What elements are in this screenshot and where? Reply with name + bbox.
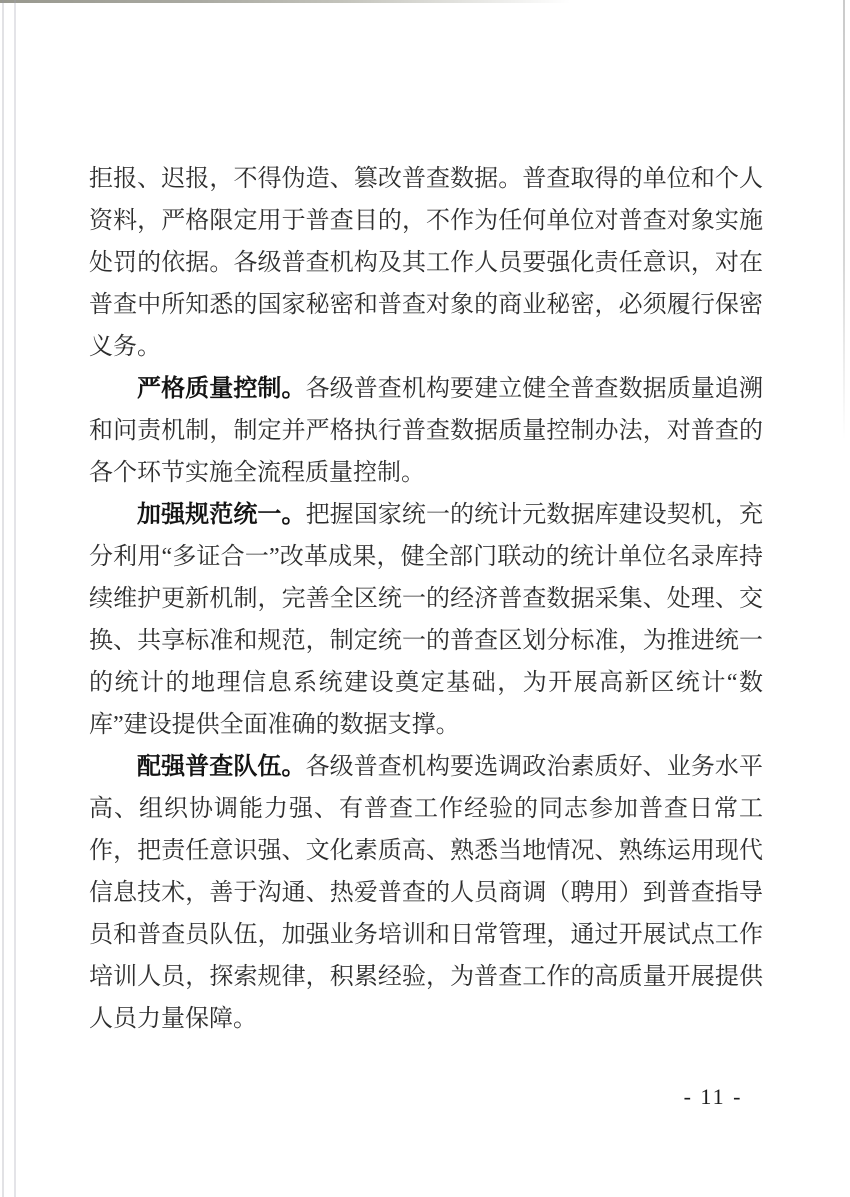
scan-artifact-right-line <box>843 0 845 440</box>
scan-artifact-top-edge <box>0 0 570 3</box>
paragraph-text: 各级普查机构要选调政治素质好、业务水平高、组织协调能力强、有普查工作经验的同志参… <box>89 754 763 1032</box>
scan-artifact-left-inner-line <box>14 0 16 1197</box>
paragraph-lead: 加强规范统一。 <box>137 502 306 528</box>
paragraph-lead: 严格质量控制。 <box>137 376 306 402</box>
paragraph-continuation: 拒报、迟报，不得伪造、篡改普查数据。普查取得的单位和个人资料，严格限定用于普查目… <box>89 158 763 368</box>
document-body: 拒报、迟报，不得伪造、篡改普查数据。普查取得的单位和个人资料，严格限定用于普查目… <box>89 158 763 1040</box>
paragraph-lead: 配强普查队伍。 <box>137 754 306 780</box>
paragraph-standardization: 加强规范统一。把握国家统一的统计元数据库建设契机，充分利用“多证合一”改革成果，… <box>89 494 763 746</box>
paragraph-census-team: 配强普查队伍。各级普查机构要选调政治素质好、业务水平高、组织协调能力强、有普查工… <box>89 746 763 1040</box>
paragraph-quality-control: 严格质量控制。各级普查机构要建立健全普查数据质量追溯和问责机制，制定并严格执行普… <box>89 368 763 494</box>
scanned-document-page: 拒报、迟报，不得伪造、篡改普查数据。普查取得的单位和个人资料，严格限定用于普查目… <box>0 0 850 1197</box>
page-number: - 11 - <box>633 1084 793 1110</box>
paragraph-text: 把握国家统一的统计元数据库建设契机，充分利用“多证合一”改革成果，健全部门联动的… <box>89 502 763 738</box>
paragraph-text: 拒报、迟报，不得伪造、篡改普查数据。普查取得的单位和个人资料，严格限定用于普查目… <box>89 166 763 360</box>
scan-artifact-left-outer-line <box>2 0 4 1197</box>
